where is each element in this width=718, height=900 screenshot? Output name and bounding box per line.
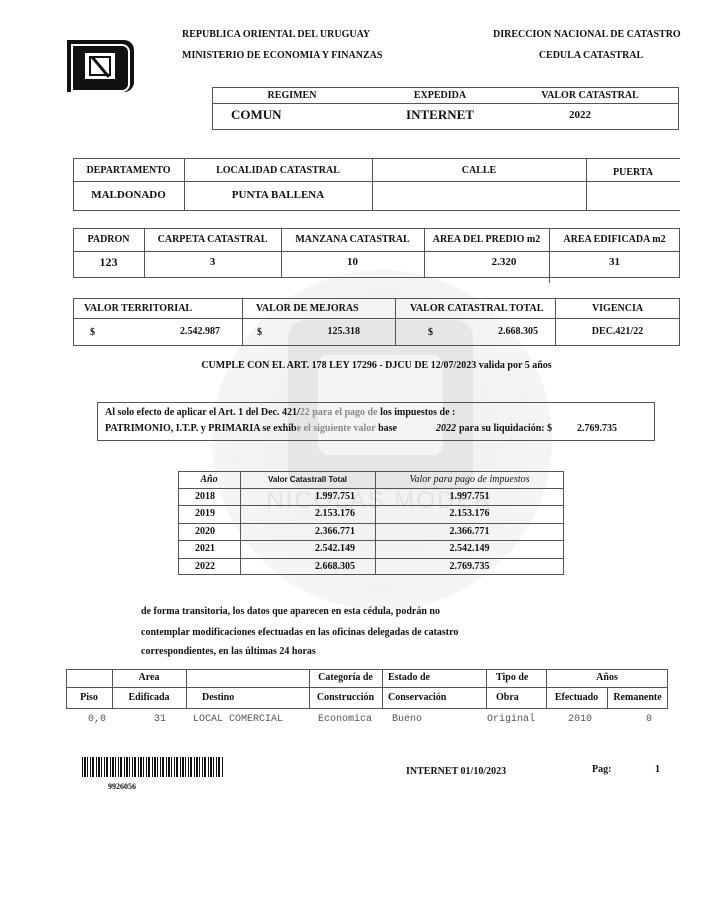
footer-issued: INTERNET 01/10/2023 (406, 766, 506, 777)
parcel-header-area-edificada: AREA EDIFICADA m2 (549, 234, 680, 245)
construction-header-categoria: Categoría de (309, 672, 382, 683)
history-tax: 1.997.751 (375, 491, 564, 502)
location-localidad-value: PUNTA BALLENA (184, 189, 372, 201)
parcel-header-area-predio: AREA DEL PREDIO m2 (424, 234, 549, 245)
construction-header-anos: Años (546, 672, 668, 683)
valuation-header-vigencia: VIGENCIA (555, 303, 680, 314)
compliance-note: CUMPLE CON EL ART. 178 LEY 17296 - DJCU … (73, 360, 680, 371)
parcel-header-padron: PADRON (73, 234, 144, 245)
history-header-year: Año (178, 474, 240, 485)
header-ministry: MINISTERIO DE ECONOMIA Y FINANZAS (182, 50, 382, 61)
history-header-total: Valor Catastrall Total (240, 475, 375, 484)
location-header-calle: CALLE (372, 165, 586, 176)
construction-header-construccion: Construcción (309, 692, 382, 703)
summary-header-regimen: REGIMEN (212, 90, 372, 101)
header-republic: REPUBLICA ORIENTAL DEL URUGUAY (182, 29, 370, 40)
construction-header-tipo: Tipo de (496, 672, 528, 683)
header-doc-title: CEDULA CATASTRAL (493, 50, 689, 61)
history-tax: 2.153.176 (375, 508, 564, 519)
parcel-header-manzana: MANZANA CATASTRAL (281, 234, 424, 245)
location-departamento-value: MALDONADO (73, 189, 184, 201)
location-header-departamento: DEPARTAMENTO (73, 165, 184, 176)
parcel-carpeta-value: 3 (144, 256, 281, 268)
footer-page-number: 1 (655, 764, 660, 775)
tax-base-label: para su liquidación: $ (459, 423, 552, 434)
currency-symbol: $ (428, 327, 433, 338)
history-tax: 2.542.149 (375, 543, 564, 554)
valuation-territorial-value: 2.542.987 (140, 326, 220, 337)
location-header-puerta: PUERTA (586, 167, 680, 178)
history-tax: 2.366.771 (375, 526, 564, 537)
location-header-localidad: LOCALIDAD CATASTRAL (184, 165, 372, 176)
valuation-vigencia-value: DEC.421/22 (555, 326, 680, 337)
tax-base-year: 2022 (436, 423, 456, 434)
history-total: 1.997.751 (240, 491, 355, 502)
history-year: 2021 (195, 543, 215, 554)
history-year: 2022 (195, 561, 215, 572)
currency-symbol: $ (257, 327, 262, 338)
parcel-padron-value: 123 (73, 255, 144, 270)
parcel-area-edificada-value: 31 (549, 256, 680, 268)
summary-valor-value: 2022 (510, 109, 650, 121)
valuation-header-mejoras: VALOR DE MEJORAS (256, 303, 359, 314)
barcode-icon (82, 757, 224, 777)
construction-header-remanente: Remanente (607, 692, 668, 703)
history-year: 2020 (195, 526, 215, 537)
history-total: 2.153.176 (240, 508, 355, 519)
disclaimer-line2: contemplar modificaciones efectuadas en … (141, 627, 458, 638)
summary-header-valor: VALOR CATASTRAL (510, 90, 670, 101)
currency-symbol: $ (90, 327, 95, 338)
history-year: 2018 (195, 491, 215, 502)
summary-regimen-value: COMUN (231, 107, 282, 123)
construction-header-conservacion: Conservación (388, 692, 446, 703)
construction-header-edificada: Edificada (112, 692, 186, 703)
summary-header-expedida: EXPEDIDA (380, 90, 500, 101)
valuation-mejoras-value: 125.318 (290, 326, 360, 337)
construction-header-destino: Destino (202, 692, 234, 703)
construction-header-area: Area (112, 672, 186, 683)
catastro-logo-icon (67, 40, 134, 92)
barcode-number: 9926056 (108, 782, 136, 791)
tax-base-line1: Al solo efecto de aplicar el Art. 1 del … (105, 407, 455, 418)
history-tax: 2.769.735 (375, 561, 564, 572)
history-year: 2019 (195, 508, 215, 519)
history-header-tax: Valor para pago de impuestos (375, 474, 564, 485)
construction-header-obra: Obra (496, 692, 519, 703)
parcel-manzana-value: 10 (281, 256, 424, 268)
tax-base-line2: PATRIMONIO, I.T.P. y PRIMARIA se exhibe … (105, 423, 397, 434)
valuation-header-territorial: VALOR TERRITORIAL (84, 303, 192, 314)
history-total: 2.668.305 (240, 561, 355, 572)
construction-header-estado: Estado de (388, 672, 430, 683)
footer-page-label: Pag: (592, 764, 611, 775)
header-direction: DIRECCION NACIONAL DE CATASTRO (493, 29, 681, 40)
construction-header-piso: Piso (66, 692, 112, 703)
valuation-catastral-total-value: 2.668.305 (460, 326, 538, 337)
valuation-header-catastral-total: VALOR CATASTRAL TOTAL (410, 303, 543, 314)
disclaimer-line3: correspondientes, en las últimas 24 hora… (141, 646, 316, 657)
history-total: 2.366.771 (240, 526, 355, 537)
parcel-header-carpeta: CARPETA CATASTRAL (144, 234, 281, 245)
tax-base-amount: 2.769.735 (577, 423, 617, 434)
history-total: 2.542.149 (240, 543, 355, 554)
construction-header-efectuado: Efectuado (546, 692, 607, 703)
summary-expedida-value: INTERNET (380, 107, 500, 123)
disclaimer-line1: de forma transitoria, los datos que apar… (141, 606, 440, 617)
